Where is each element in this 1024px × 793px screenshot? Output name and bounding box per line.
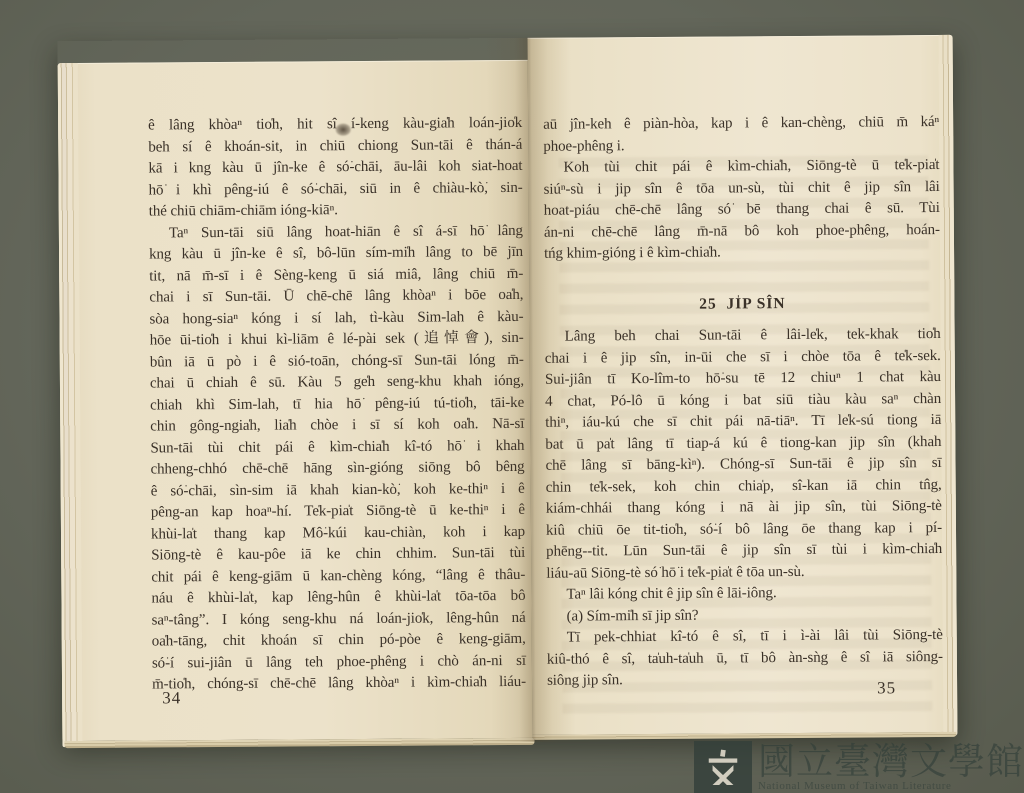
text-line: thé chiū chiām-chiām ióng-kiāⁿ. [149, 199, 523, 223]
text-line: chiah khì Sim-lah, tī hia hō͘ pêng-iú tú… [150, 392, 524, 416]
left-page-text: ê lâng khòaⁿ tio̍h, hit sî í-keng kàu-gi… [148, 113, 526, 696]
museum-watermark-text: 國立臺灣文學館 National Museum of Taiwan Litera… [758, 745, 1024, 793]
text-line: chin gông-ngia̍h, lia̍h chòe i sī sí koh… [150, 414, 524, 438]
text-line: khùi-la̍t thang kap Mô͘-kúi kau-chiàn, k… [151, 521, 525, 545]
text-line: Sui-jiân tī Ko-lîm-to hō͘-su tē 12 chiuⁿ… [545, 367, 941, 391]
text-line: (a) Sím-mi̍h sī jip sîn? [547, 603, 943, 627]
text-line: ê só͘-chāi, sìn-sim iā khah kian-kò͘, ko… [151, 478, 525, 502]
text-line: só͘-í sui-jiân ū lâng teh phoe-phêng i c… [152, 650, 526, 674]
text-line: chai ū chiah ê sū. Kàu 5 ge̍h seng-khu k… [150, 371, 524, 395]
page-edge-stack-bottom-left [64, 738, 534, 748]
text-line: liáu-aū Siōng-tè só͘ hō͘ i te̍k-pia̍t ê … [546, 560, 942, 584]
text-line: 4 chat, Pó-lô ū kóng i bat siū tiàu kàu … [545, 388, 941, 412]
text-line: chē lâng sī bāng-kìⁿ). Chóng-sī Sun-tāi … [545, 453, 941, 477]
paragraph: Lâng beh chai Sun-tāi ê lâi-le̍k, tek-kh… [545, 324, 943, 585]
text-line: m̄-tio̍h, chóng-sī chē-chē lâng khòaⁿ i … [152, 672, 526, 696]
text-line: aū jîn-keh ê piàn-hòa, kap i ê kan-chèng… [543, 112, 939, 136]
text-line: Sun-tāi tùi chit pái ê kìm-chia̍h kî-tó … [150, 435, 524, 459]
text-line: phoe-phêng i. [543, 133, 939, 157]
text-line: chin te̍k-sek, koh chin chia̍p, sî-kan i… [546, 474, 942, 498]
page-number-left: 34 [162, 688, 181, 708]
right-page-text-top: aū jîn-keh ê piàn-hòa, kap i ê kan-chèng… [543, 112, 940, 265]
museum-name-chinese: 國立臺灣文學館 [758, 745, 1024, 781]
text-line: kiám-chhái thang kóng i nā ài jip sîn, t… [546, 496, 942, 520]
text-line: hō͘ i khì pêng-iú ê só͘-chāi, siū in ê c… [149, 177, 523, 201]
text-line: tńg khim-gióng i ê kìm-chia̍h. [544, 241, 940, 265]
text-line: siúⁿ-sù i jip sîn ê tōa un-sù, tùi chit … [544, 176, 940, 200]
text-line: chit pái ê keng-giām ū kan-chèng kóng, “… [151, 564, 525, 588]
museum-name-english: National Museum of Taiwan Literature [758, 780, 952, 793]
text-line: tit, nā m̄-sī i ê Sèng-keng ū siá miâ, l… [149, 263, 523, 287]
text-line: bat ū pa̍t lâng tī tiap-á kú ê tiong-kan… [545, 431, 941, 455]
text-line: hōe ūi-tio̍h i khui kì-liām ê lé-pài sek… [150, 328, 524, 352]
paragraph: Taⁿ Sun-tāi siū lâng hoat-hiān ê sî á-sī… [149, 220, 526, 696]
text-line: beh sí ê khoán-sit, in chiū chiong Sun-t… [148, 134, 522, 158]
paragraph: (a) Sím-mi̍h sī jip sîn? [547, 603, 943, 627]
paragraph: Taⁿ lâi kóng chit ê jip sîn ê lāi-iông. [546, 582, 942, 606]
text-line: ê lâng khòaⁿ tio̍h, hit sî í-keng kàu-gi… [148, 113, 522, 137]
page-edge-stack-left [58, 63, 83, 747]
text-line: sòa hong-siaⁿ kóng i sí lah, tì-kàu Sim-… [149, 306, 523, 330]
page-number-right: 35 [877, 678, 896, 698]
text-line: saⁿ-tâng”. I kóng seng-khu ná loán-jio̍k… [152, 607, 526, 631]
text-line: Lâng beh chai Sun-tāi ê lâi-le̍k, tek-kh… [545, 324, 941, 348]
text-line: hoat-piáu chē-chē lâng só͘ bē thang chai… [544, 198, 940, 222]
text-line: náu ê khùi-la̍t, kap lêng-hûn ê khùi-la̍… [151, 586, 525, 610]
paragraph: Koh tùi chit pái ê kìm-chia̍h, Siōng-tè … [543, 155, 940, 265]
text-line: phēng--tit. Lūn Sun-tāi ê jip sîn sī tùi… [546, 539, 942, 563]
text-line: chheng-chhó chē-chē hāng sìn-gióng siōng… [150, 457, 524, 481]
text-line: Taⁿ lâi kóng chit ê jip sîn ê lāi-iông. [546, 582, 942, 606]
paragraph: aū jîn-keh ê piàn-hòa, kap i ê kan-chèng… [543, 112, 939, 158]
text-line: kā i kng kàu ū jîn-ke ê só͘-chāi, āu-lâi… [148, 156, 522, 180]
text-line: oa̍h-tāng, chit khoán sī chin pó-pòe ê k… [152, 629, 526, 653]
right-page-text: aū jîn-keh ê piàn-hòa, kap i ê kan-chèng… [543, 112, 943, 692]
section-heading: 25 JI̍P SÎN [544, 291, 940, 315]
photo-open-book: { "book": { "left_page": { "number": "34… [0, 0, 1024, 793]
text-line: kiû chiū ōe tit-tio̍h, só͘-í bô lâng ōe … [546, 517, 942, 541]
text-line: Siōng-tè ê kau-pôe iā ke chin chhim. Sun… [151, 543, 525, 567]
museum-watermark: 國立臺灣文學館 National Museum of Taiwan Litera… [694, 741, 1024, 793]
text-line: Koh tùi chit pái ê kìm-chia̍h, Siōng-tè … [543, 155, 939, 179]
text-line: án-ni chē-chē lâng m̄-nā bô koh phoe-phê… [544, 219, 940, 243]
text-line: chai i ê jip sîn, in-ūi che sī i chòe tō… [545, 345, 941, 369]
page-edge-stack-bottom-right [532, 732, 956, 740]
museum-logo-icon [694, 741, 752, 793]
text-line: thiⁿ, iáu-kú che sī chit pái nā-tiāⁿ. Tī… [545, 410, 941, 434]
text-line: kiû-thó ê sî, ta̍uh-ta̍uh ū, tī bô àn-sǹ… [547, 646, 943, 670]
right-page-text-bottom: Lâng beh chai Sun-tāi ê lâi-le̍k, tek-kh… [545, 324, 944, 692]
text-line: kng kàu ū jîn-ke ê sî, bô-lūn sím-mi̍h l… [149, 242, 523, 266]
text-line: chai i sī Sun-tāi. Ū chē-chē lâng khòaⁿ … [149, 285, 523, 309]
text-line: bûn iā ū pò i ê sió-toān, chóng-sī Sun-t… [150, 349, 524, 373]
ink-blot [335, 123, 351, 136]
open-book: ê lâng khòaⁿ tio̍h, hit sî í-keng kàu-gi… [58, 35, 958, 741]
text-line: pêng-an kap hoaⁿ-hí. Te̍k-pia̍t Siōng-tè… [151, 500, 525, 524]
text-line: Taⁿ Sun-tāi siū lâng hoat-hiān ê sî á-sī… [149, 220, 523, 244]
text-line: Tī pek-chhiat kî-tó ê sî, tī i ì-ài lâi … [547, 625, 943, 649]
